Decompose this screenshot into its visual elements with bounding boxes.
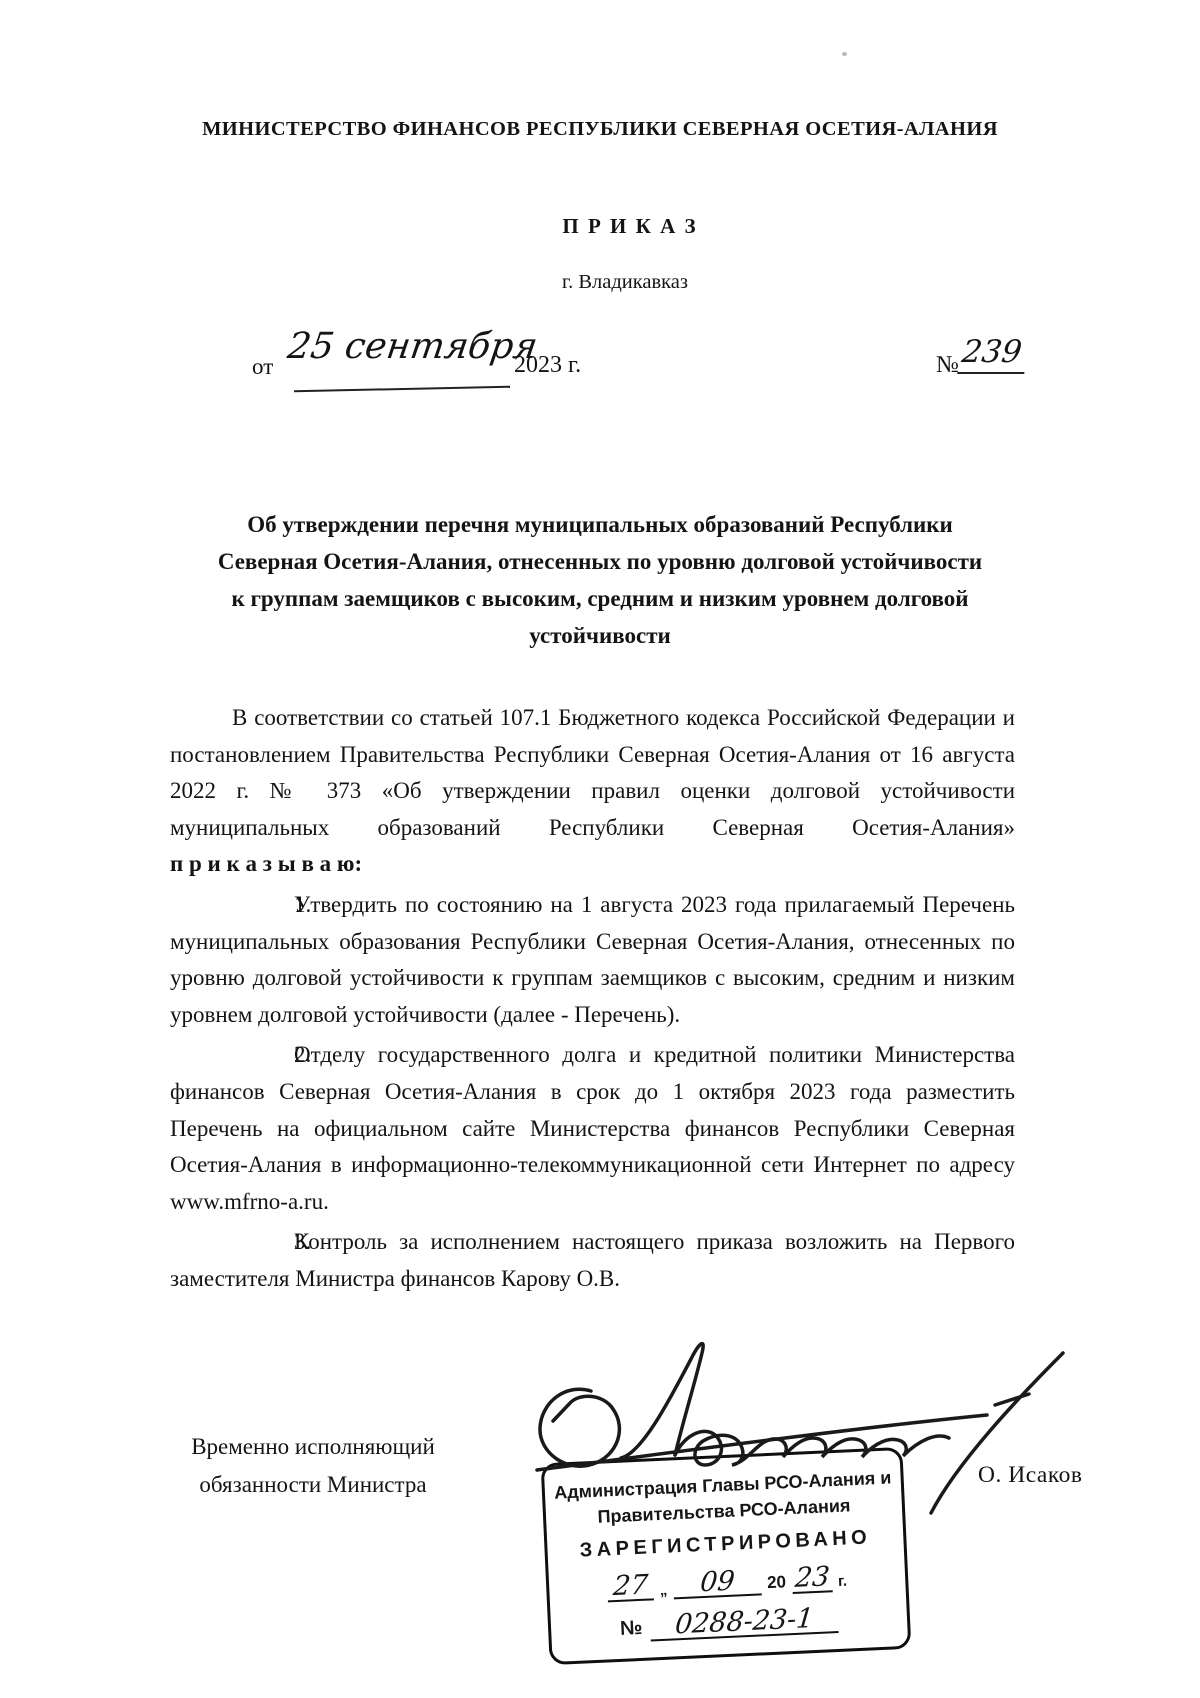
date-number-row: от 25 сентября 2023 г. № 239	[0, 330, 1200, 410]
stamp-month-handwritten: 09	[699, 1569, 736, 1597]
stamp-year-prefix: 20	[767, 1572, 787, 1595]
stamp-year-handwritten: 23	[793, 1564, 830, 1592]
document-type-title: П Р И К А З	[0, 214, 1200, 239]
handwritten-date: 25 сентября	[285, 326, 540, 367]
stamp-month-blank: 09	[672, 1567, 761, 1599]
city-line: г. Владикавказ	[0, 271, 1200, 294]
stamp-year-blank: 23	[791, 1564, 832, 1594]
signature-slash	[931, 1353, 1063, 1513]
date-prefix-label: от	[252, 354, 273, 380]
order-title-line: устойчивости	[185, 617, 1015, 654]
ministry-header: МИНИСТЕРСТВО ФИНАНСОВ РЕСПУБЛИКИ СЕВЕРНА…	[90, 118, 1110, 141]
date-blank-underline	[294, 386, 510, 393]
item-number: 1.	[232, 887, 294, 924]
signer-position-line1: Временно исполняющий	[176, 1428, 450, 1466]
stamp-number-handwritten: 0288-23-1	[674, 1606, 815, 1638]
intro-paragraph: В соответствии со статьей 107.1 Бюджетно…	[170, 700, 1015, 883]
item-number: 3.	[232, 1224, 294, 1261]
item-text: Утвердить по состоянию на 1 августа 2023…	[170, 892, 1015, 1027]
intro-text: В соответствии со статьей 107.1 Бюджетно…	[170, 705, 1015, 840]
intro-emphasis: п р и к а з ы в а ю:	[170, 851, 362, 876]
signer-position-line2: обязанности Министра	[176, 1466, 450, 1504]
order-title-line: Об утверждении перечня муниципальных обр…	[185, 506, 1015, 543]
order-items: 1.Утвердить по состоянию на 1 августа 20…	[170, 887, 1015, 1298]
date-year: 2023 г.	[514, 352, 581, 379]
order-item: 1.Утвердить по состоянию на 1 августа 20…	[170, 887, 1015, 1033]
stamp-day-handwritten: 27	[612, 1573, 649, 1601]
order-title: Об утверждении перечня муниципальных обр…	[185, 506, 1015, 654]
stamp-day-blank: 27	[607, 1572, 654, 1602]
stamp-year-suffix: г.	[838, 1573, 848, 1592]
order-item: 2.Отделу государственного долга и кредит…	[170, 1037, 1015, 1220]
signature-o-loop	[540, 1389, 619, 1466]
order-title-line: к группам заемщиков с высоким, средним и…	[185, 580, 1015, 617]
order-number-sign: №	[936, 352, 959, 379]
scan-speck	[842, 52, 847, 56]
signer-position: Временно исполняющий обязанности Министр…	[176, 1428, 450, 1504]
stamp-number-blank: 0288-23-1	[650, 1605, 839, 1641]
stamp-quote-mark: „	[659, 1582, 667, 1600]
document-page: МИНИСТЕРСТВО ФИНАНСОВ РЕСПУБЛИКИ СЕВЕРНА…	[0, 0, 1200, 1698]
item-number: 2.	[232, 1037, 294, 1074]
signature-tall-loop	[621, 1344, 703, 1458]
handwritten-order-number: 239	[957, 334, 1030, 374]
order-body: В соответствии со статьей 107.1 Бюджетно…	[170, 700, 1015, 1298]
stamp-number-sign: №	[620, 1617, 643, 1643]
signature-scribble	[495, 1243, 1095, 1543]
order-title-line: Северная Осетия-Алания, отнесенных по ур…	[185, 543, 1015, 580]
